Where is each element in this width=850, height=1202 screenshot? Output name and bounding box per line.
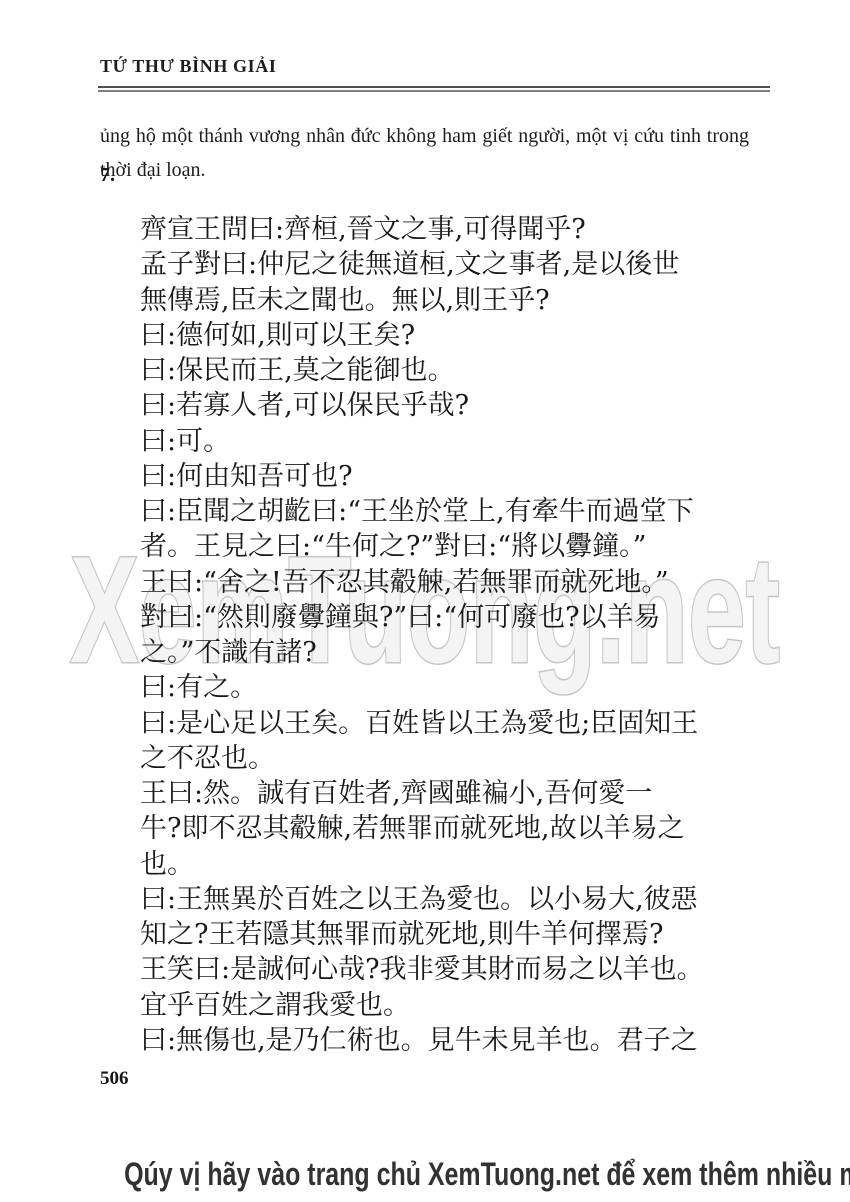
promo-footer-text: Qúy vị hãy vào trang chủ XemTuong.net để… xyxy=(124,1152,850,1196)
chinese-line: 之。”不識有諸? xyxy=(140,635,760,670)
chinese-line: 曰:可。 xyxy=(140,424,760,459)
chinese-line: 孟子對曰:仲尼之徒無道桓,文之事者,是以後世 xyxy=(140,247,760,282)
chinese-passage: 齊宣王問曰:齊桓,晉文之事,可得聞乎? 孟子對曰:仲尼之徒無道桓,文之事者,是以… xyxy=(140,212,760,1058)
chinese-line: 曰:臣聞之胡齕曰:“王坐於堂上,有牽牛而過堂下 xyxy=(140,494,760,529)
chinese-line: 對曰:“然則廢釁鐘與?”曰:“何可廢也?以羊易 xyxy=(140,600,760,635)
section-number: 7. xyxy=(100,164,115,187)
chinese-line: 曰:若寡人者,可以保民乎哉? xyxy=(140,388,760,423)
chinese-line: 曰:是心足以王矣。百姓皆以王為愛也;臣固知王 xyxy=(140,706,760,741)
chinese-line: 無傳焉,臣未之聞也。無以,則王乎? xyxy=(140,283,760,318)
header-rule xyxy=(98,86,770,92)
chinese-line: 齊宣王問曰:齊桓,晉文之事,可得聞乎? xyxy=(140,212,760,247)
book-page: XemTuong.net TỨ THƯ BÌNH GIẢI ủng hộ một… xyxy=(0,0,850,1202)
running-head-title: TỨ THƯ BÌNH GIẢI xyxy=(100,56,760,77)
chinese-line: 曰:有之。 xyxy=(140,670,760,705)
chinese-line: 曰:保民而王,莫之能御也。 xyxy=(140,353,760,388)
chinese-line: 宜乎百姓之謂我愛也。 xyxy=(140,988,760,1023)
chinese-line: 王曰:“舍之!吾不忍其觳觫,若無罪而就死地。” xyxy=(140,565,760,600)
chinese-line: 者。王見之曰:“牛何之?”對曰:“將以釁鐘。” xyxy=(140,529,760,564)
chinese-line: 王曰:然。誠有百姓者,齊國雖褊小,吾何愛一 xyxy=(140,776,760,811)
chinese-line: 曰:何由知吾可也? xyxy=(140,459,760,494)
chinese-line: 也。 xyxy=(140,847,760,882)
promo-footer: Qúy vị hãy vào trang chủ XemTuong.net để… xyxy=(0,1152,850,1196)
chinese-line: 曰:王無異於百姓之以王為愛也。以小易大,彼惡 xyxy=(140,882,760,917)
chinese-line: 曰:德何如,則可以王矣? xyxy=(140,318,760,353)
chinese-line: 知之?王若隱其無罪而就死地,則牛羊何擇焉? xyxy=(140,917,760,952)
chinese-line: 曰:無傷也,是乃仁術也。見牛未見羊也。君子之 xyxy=(140,1023,760,1058)
page-number: 506 xyxy=(100,1068,129,1090)
chinese-line: 之不忍也。 xyxy=(140,741,760,776)
chinese-line: 王笑曰:是誠何心哉?我非愛其財而易之以羊也。 xyxy=(140,952,760,987)
chinese-line: 牛?即不忍其觳觫,若無罪而就死地,故以羊易之 xyxy=(140,811,760,846)
intro-paragraph: ủng hộ một thánh vương nhân đức không ha… xyxy=(100,120,749,187)
